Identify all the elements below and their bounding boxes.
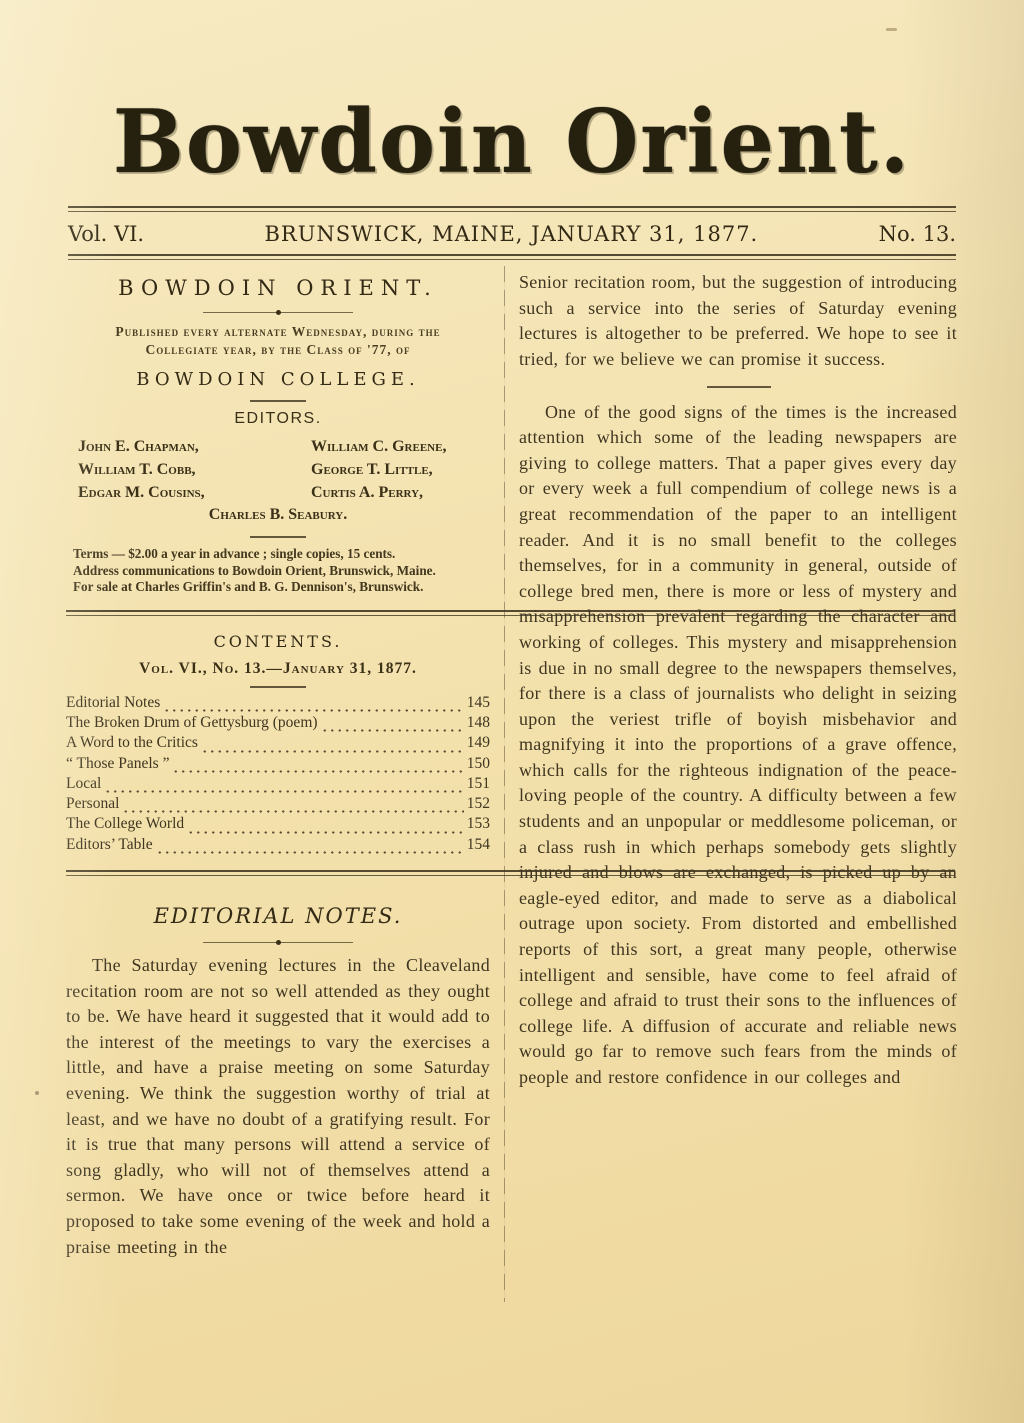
left-column: BOWDOIN ORIENT. Published every alternat… <box>66 262 490 1302</box>
toc-item-page: 149 <box>467 734 490 752</box>
toc-item: The College World 153 <box>66 815 490 835</box>
toc-item-title: Editors’ Table <box>66 836 153 854</box>
toc-item-title: The College World <box>66 815 184 833</box>
editorial-paragraph-2: One of the good signs of the times is th… <box>519 400 957 1091</box>
dateline-volume: Vol. VI. <box>68 222 144 246</box>
short-rule <box>250 536 306 538</box>
toc-item: “ Those Panels ” 150 <box>66 755 490 775</box>
editor-name: Edgar M. Cousins, <box>78 482 271 504</box>
terms-line: For sale at Charles Griffin's and B. G. … <box>73 579 483 596</box>
editorial-paragraph-continuation: Senior recitation room, but the suggesti… <box>519 270 957 372</box>
toc-dot-leader <box>156 844 464 856</box>
toc-item-page: 153 <box>467 815 490 833</box>
editor-name: William C. Greene, <box>285 436 478 458</box>
terms-block: Terms — $2.00 a year in advance ; single… <box>73 546 483 596</box>
two-column-body: BOWDOIN ORIENT. Published every alternat… <box>66 262 958 1302</box>
editor-name: John E. Chapman, <box>78 436 271 458</box>
paper-title: BOWDOIN ORIENT. <box>66 276 490 300</box>
dateline-issue-number: No. 13. <box>879 222 956 246</box>
toc-item: Editorial Notes 145 <box>66 694 490 714</box>
right-column: Senior recitation room, but the suggesti… <box>519 262 958 1302</box>
short-rule <box>250 400 306 402</box>
college-name: BOWDOIN COLLEGE. <box>66 369 490 390</box>
editor-name: Charles B. Seabury. <box>66 504 490 526</box>
toc-item-page: 145 <box>467 694 490 712</box>
toc-dot-leader <box>104 783 463 795</box>
editorial-notes-heading: EDITORIAL NOTES. <box>66 904 490 928</box>
editors-list: John E. Chapman, William C. Greene, Will… <box>78 436 478 504</box>
editors-heading: EDITORS. <box>66 410 490 428</box>
masthead-title: Bowdoin Orient. <box>0 0 1024 188</box>
editor-name: William T. Cobb, <box>78 459 271 481</box>
toc-item-title: Personal <box>66 795 119 813</box>
toc-item-title: Editorial Notes <box>66 694 160 712</box>
toc-dot-leader <box>187 824 464 836</box>
toc-item-title: Local <box>66 775 101 793</box>
toc-item-title: “ Those Panels ” <box>66 755 169 773</box>
terms-line: Terms — $2.00 a year in advance ; single… <box>73 546 483 563</box>
decorative-dot-rule <box>203 312 353 313</box>
decorative-dot-rule <box>203 942 353 943</box>
contents-subheading: Vol. VI., No. 13.—January 31, 1877. <box>66 660 490 678</box>
toc-dot-leader <box>122 803 463 815</box>
toc-dot-leader <box>321 722 464 734</box>
toc-item: A Word to the Critics 149 <box>66 734 490 754</box>
publication-info-line-1: Published every alternate Wednesday, dur… <box>66 323 490 341</box>
contents-heading: CONTENTS. <box>66 632 490 651</box>
header-double-rule-top <box>68 206 956 212</box>
scan-artifact-dot <box>35 1091 39 1095</box>
toc-dot-leader <box>201 743 464 755</box>
toc-item-page: 151 <box>467 775 490 793</box>
publication-info: Published every alternate Wednesday, dur… <box>66 323 490 359</box>
column-divider-rule <box>504 266 505 1302</box>
short-rule <box>250 686 306 688</box>
toc-dot-leader <box>172 763 463 775</box>
toc-dot-leader <box>163 702 463 714</box>
terms-line: Address communications to Bowdoin Orient… <box>73 563 483 580</box>
dateline: Vol. VI. BRUNSWICK, MAINE, JANUARY 31, 1… <box>68 222 956 246</box>
toc-item-page: 152 <box>467 795 490 813</box>
publication-info-line-2: Collegiate year, by the Class of '77, of <box>66 341 490 359</box>
toc-item-page: 154 <box>467 836 490 854</box>
editor-name: George T. Little, <box>285 459 478 481</box>
scanned-newspaper-page: Bowdoin Orient. Vol. VI. BRUNSWICK, MAIN… <box>0 0 1024 1423</box>
paragraph-divider-rule <box>707 386 771 388</box>
toc-item: The Broken Drum of Gettysburg (poem) 148 <box>66 714 490 734</box>
dateline-location-date: BRUNSWICK, MAINE, JANUARY 31, 1877. <box>264 222 758 246</box>
editor-name: Curtis A. Perry, <box>285 482 478 504</box>
editorial-paragraph-left: The Saturday evening lectures in the Cle… <box>66 953 490 1260</box>
header-double-rule-bottom <box>68 254 956 260</box>
toc-item: Local 151 <box>66 775 490 795</box>
toc-item: Editors’ Table 154 <box>66 836 490 856</box>
table-of-contents: Editorial Notes 145 The Broken Drum of G… <box>66 694 490 856</box>
toc-item: Personal 152 <box>66 795 490 815</box>
toc-item-title: A Word to the Critics <box>66 734 198 752</box>
toc-item-page: 150 <box>467 755 490 773</box>
toc-item-page: 148 <box>467 714 490 732</box>
toc-item-title: The Broken Drum of Gettysburg (poem) <box>66 714 318 732</box>
